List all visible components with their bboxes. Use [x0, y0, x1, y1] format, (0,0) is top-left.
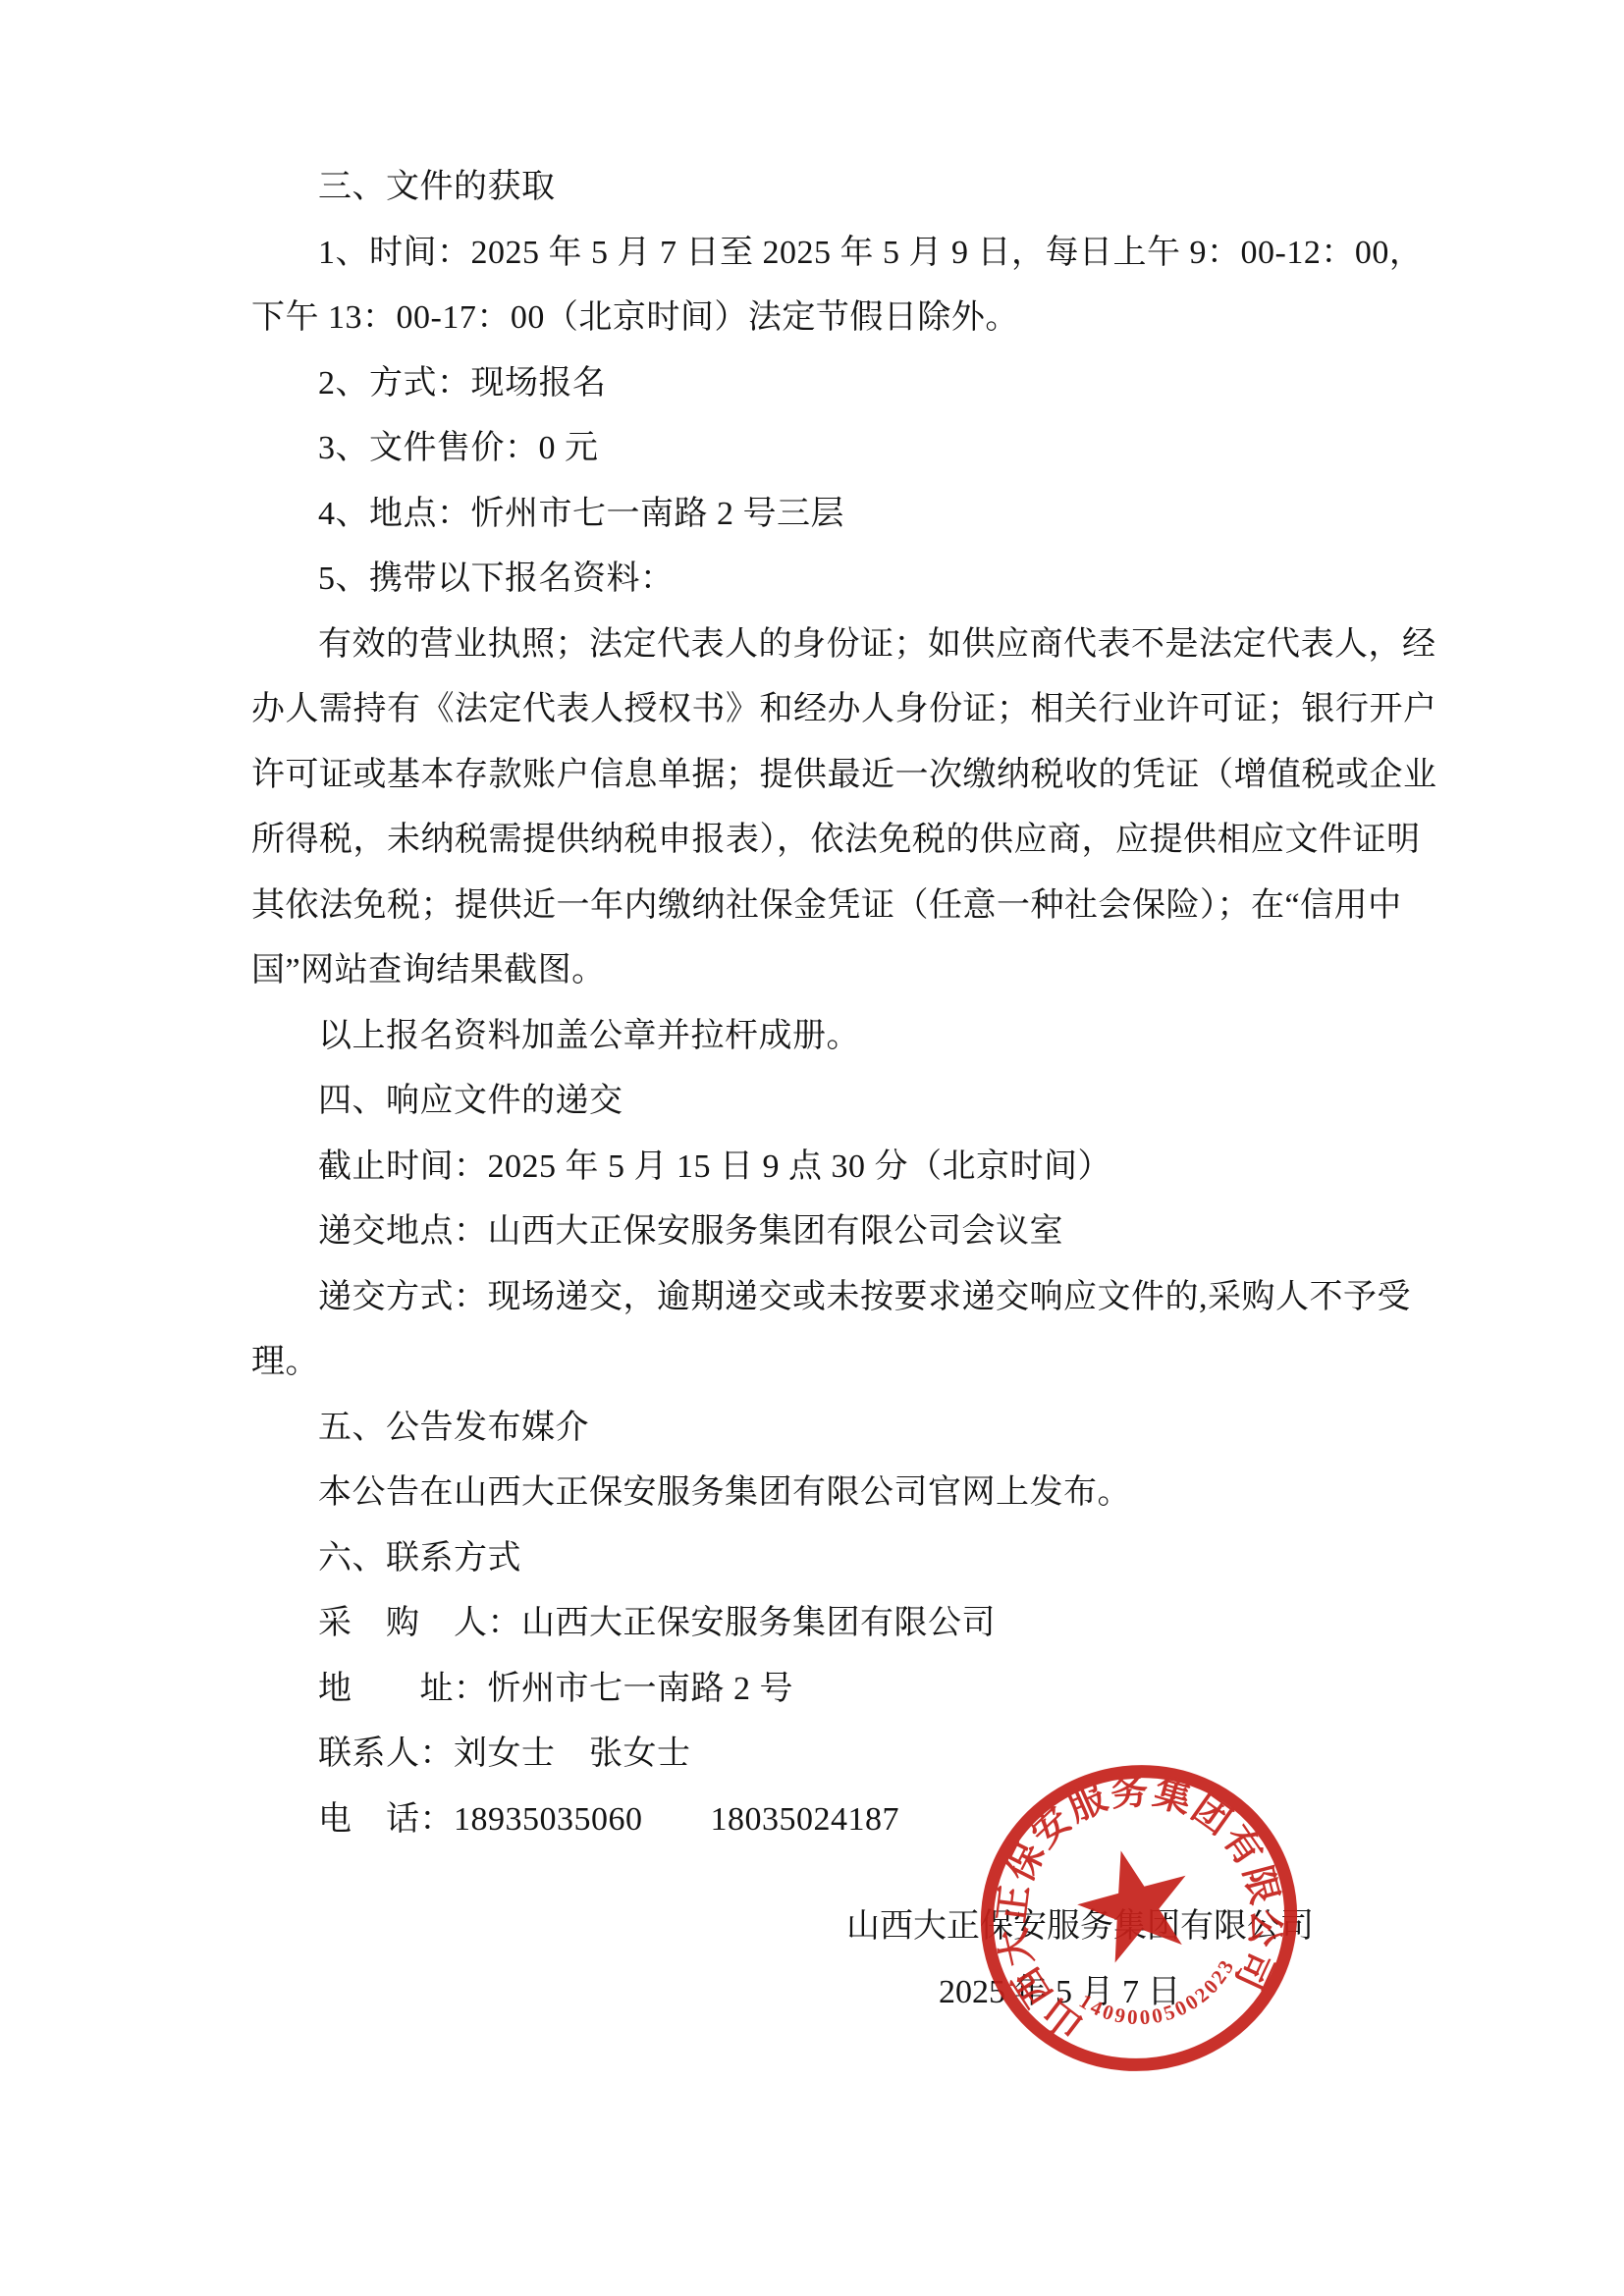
- text-line: 所得税，未纳税需提供纳税申报表），依法免税的供应商，应提供相应文件证明: [251, 808, 1395, 874]
- text-line: 办人需持有《法定代表人授权书》和经办人身份证；相关行业许可证；银行开户: [251, 677, 1395, 743]
- text-line: 理。: [251, 1330, 1395, 1396]
- text-line: 四、响应文件的递交: [251, 1069, 1395, 1135]
- text-line: 其依法免税；提供近一年内缴纳社保金凭证（任意一种社会保险）；在“信用中: [251, 874, 1395, 939]
- text-line: 2、方式：现场报名: [251, 351, 1395, 417]
- text-line: 4、地点：忻州市七一南路 2 号三层: [251, 482, 1395, 548]
- signature-company: 山西大正保安服务集团有限公司: [846, 1895, 1314, 1959]
- text-line: 递交方式：现场递交，逾期递交或未按要求递交响应文件的,采购人不予受: [251, 1265, 1395, 1331]
- text-line: 三、文件的获取: [251, 155, 1395, 221]
- text-line: 地 址：忻州市七一南路 2 号: [251, 1657, 1395, 1723]
- text-line: 截止时间：2025 年 5 月 15 日 9 点 30 分（北京时间）: [251, 1135, 1395, 1201]
- document-body: 三、文件的获取1、时间：2025 年 5 月 7 日至 2025 年 5 月 9…: [251, 155, 1395, 1852]
- text-line: 有效的营业执照；法定代表人的身份证；如供应商代表不是法定代表人，经: [251, 613, 1395, 678]
- signature-date: 2025 年 5 月 7 日: [939, 1960, 1181, 2025]
- text-line: 许可证或基本存款账户信息单据；提供最近一次缴纳税收的凭证（增值税或企业: [251, 743, 1395, 809]
- text-line: 联系人：刘女士 张女士: [251, 1722, 1395, 1788]
- text-line: 国”网站查询结果截图。: [251, 938, 1395, 1004]
- text-line: 六、联系方式: [251, 1526, 1395, 1592]
- document-page: 三、文件的获取1、时间：2025 年 5 月 7 日至 2025 年 5 月 9…: [0, 0, 1624, 2296]
- text-line: 1、时间：2025 年 5 月 7 日至 2025 年 5 月 9 日，每日上午…: [251, 221, 1395, 287]
- text-line: 五、公告发布媒介: [251, 1396, 1395, 1462]
- text-line: 3、文件售价：0 元: [251, 416, 1395, 482]
- text-line: 本公告在山西大正保安服务集团有限公司官网上发布。: [251, 1461, 1395, 1526]
- text-line: 下午 13：00-17：00（北京时间）法定节假日除外。: [251, 286, 1395, 351]
- text-line: 5、携带以下报名资料：: [251, 547, 1395, 613]
- text-line: 以上报名资料加盖公章并拉杆成册。: [251, 1004, 1395, 1070]
- text-line: 递交地点：山西大正保安服务集团有限公司会议室: [251, 1200, 1395, 1265]
- text-line: 采 购 人：山西大正保安服务集团有限公司: [251, 1591, 1395, 1657]
- text-line: 电 话：18935035060 18035024187: [251, 1788, 1395, 1853]
